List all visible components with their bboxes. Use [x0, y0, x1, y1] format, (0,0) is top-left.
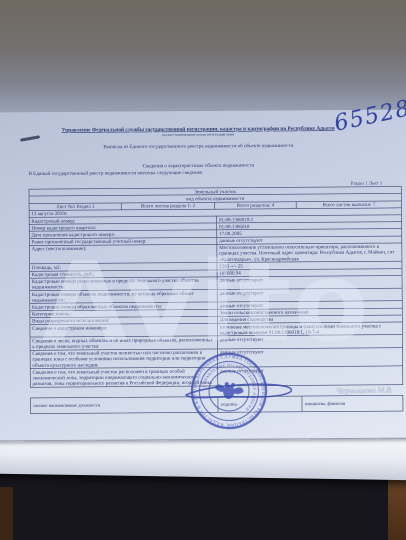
- row-value: данные отсутствуют: [217, 276, 402, 289]
- row-value: данные отсутствуют: [217, 288, 402, 301]
- name-caption: инициалы, фамилия: [302, 396, 403, 412]
- row-value: уточнение местоположения границы и (или)…: [217, 322, 402, 335]
- table-row: Адрес (местоположение):Местоположение ус…: [30, 243, 402, 264]
- row-value: Местоположение установлено относительно …: [217, 243, 402, 262]
- row-label: Кадастровые номера расположенных в преде…: [30, 277, 217, 290]
- wood-edge-left: [0, 487, 13, 540]
- row-label: Кадастровые номера объектов недвижимости…: [30, 290, 217, 303]
- photo-of-document: Управление Федеральной службы государств…: [0, 0, 406, 540]
- sheet-info-cell: Лист №1 Раздел 1: [29, 203, 121, 210]
- faint-signatory-name: Чернышева М.В.: [336, 386, 393, 396]
- row-label: Сведения о том, что земельный участок по…: [30, 349, 217, 368]
- row-label: Адрес (местоположение):: [30, 244, 217, 263]
- row-label: Сведения о кадастровом инженере:: [30, 324, 217, 337]
- row-label: Сведения о лесах, водных объектах и об и…: [30, 336, 217, 349]
- handwritten-signature: [180, 376, 305, 406]
- sheet-info-cell: Всего разделов: 4: [214, 202, 296, 209]
- sheet-info-cell: Всего листов выписки: 7: [296, 201, 401, 208]
- sheet-info-cell: Всего листов раздела 1: 2: [121, 202, 214, 209]
- row-value: данные отсутствуют: [217, 335, 402, 348]
- document-title: Выписка из Единого государственного реес…: [10, 142, 386, 150]
- intro-line: В Единый государственный реестр недвижим…: [29, 168, 387, 176]
